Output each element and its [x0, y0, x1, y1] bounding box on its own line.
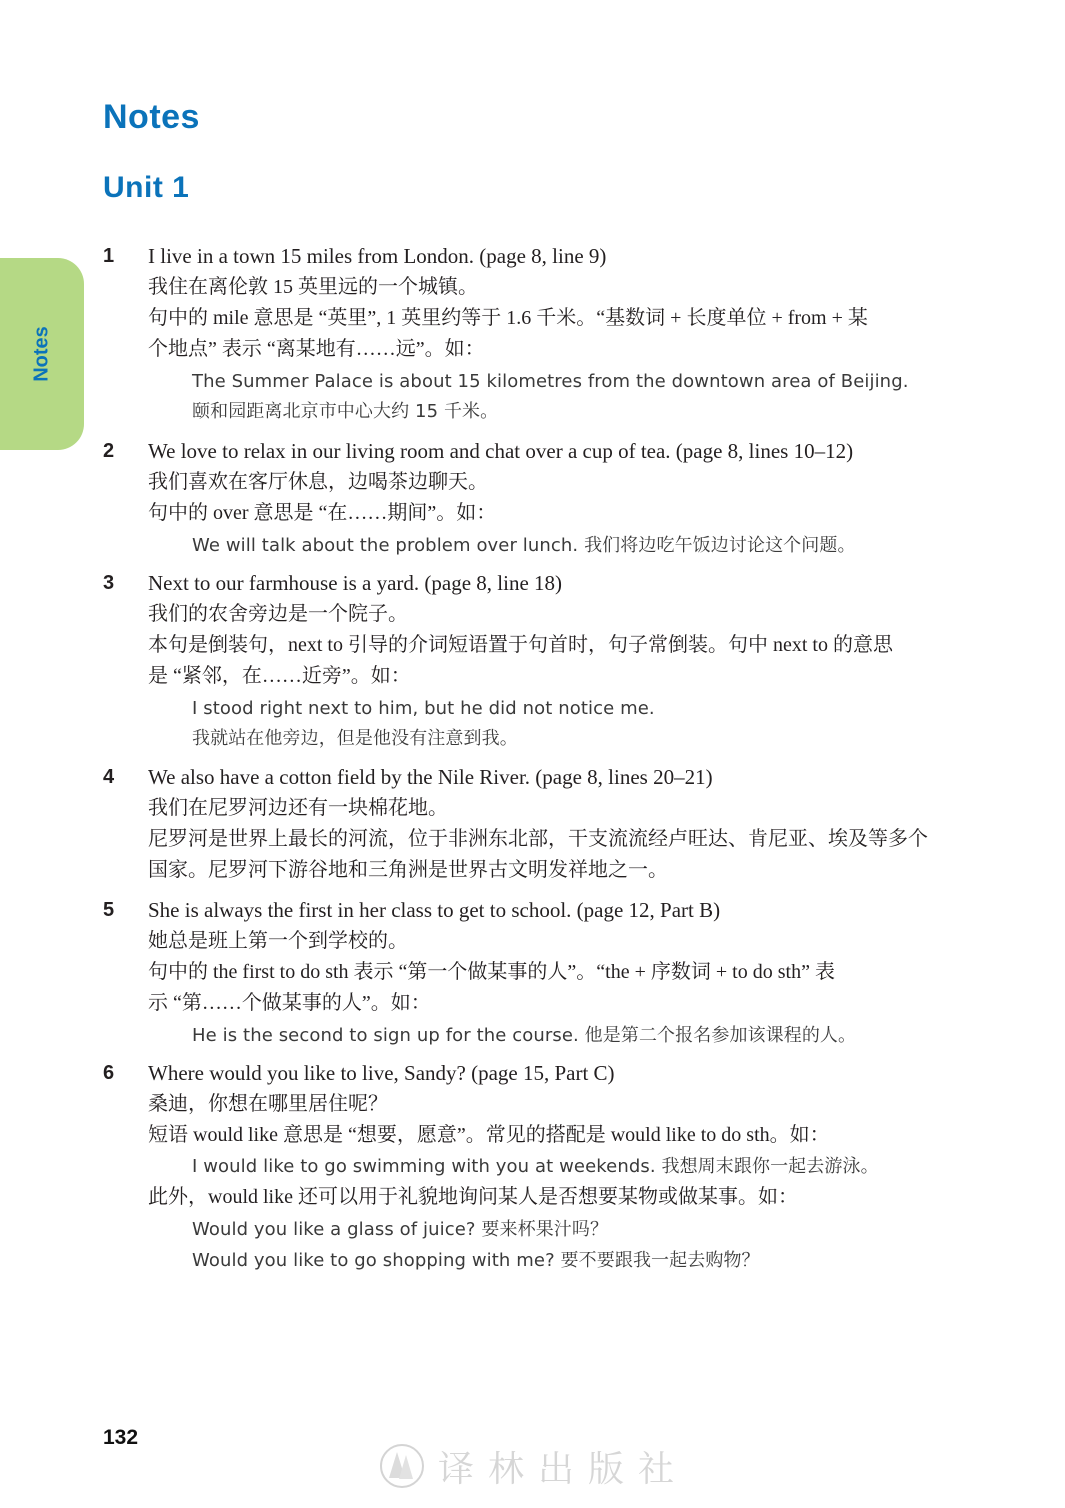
example-sentence: I stood right next to him, but he did no…: [192, 694, 655, 724]
note-number: 3: [103, 568, 114, 599]
note-explanation: 尼罗河是世界上最长的河流，位于非洲东北部，干支流流经卢旺达、肯尼亚、埃及等多个: [148, 824, 928, 855]
note-explanation: 是 “紧邻，在……近旁”。如：: [148, 661, 411, 692]
note-explanation: 此外，would like 还可以用于礼貌地询问某人是否想要某物或做某事。如：: [148, 1182, 798, 1213]
note-explanation: 个地点” 表示 “离某地有……远”。如：: [148, 334, 485, 365]
note-source-sentence: Next to our farmhouse is a yard. (page 8…: [148, 568, 562, 599]
example-sentence: He is the second to sign up for the cour…: [192, 1021, 856, 1051]
note-source-sentence: Where would you like to live, Sandy? (pa…: [148, 1058, 615, 1089]
example-translation: 我就站在他旁边，但是他没有注意到我。: [192, 724, 518, 754]
note-translation: 我们的农舍旁边是一个院子。: [148, 599, 408, 630]
note-translation: 我住在离伦敦 15 英里远的一个城镇。: [148, 272, 478, 303]
publisher-watermark: 译林出版社: [380, 1440, 688, 1492]
note-translation: 我们在尼罗河边还有一块棉花地。: [148, 793, 448, 824]
unit-title: Unit 1: [103, 171, 189, 205]
note-explanation: 国家。尼罗河下游谷地和三角洲是世界古文明发祥地之一。: [148, 855, 668, 886]
note-explanation: 句中的 over 意思是 “在……期间”。如：: [148, 498, 496, 529]
note-source-sentence: She is always the first in her class to …: [148, 895, 720, 926]
example-sentence: I would like to go swimming with you at …: [192, 1152, 879, 1182]
example-sentence: Would you like a glass of juice? 要来杯果汁吗？: [192, 1215, 608, 1245]
note-number: 2: [103, 436, 114, 467]
example-sentence: We will talk about the problem over lunc…: [192, 531, 856, 561]
note-number: 5: [103, 895, 114, 926]
note-explanation: 本句是倒装句，next to 引导的介词短语置于句首时，句子常倒装。句中 nex…: [148, 630, 893, 661]
tree-logo-icon: [380, 1444, 424, 1488]
page-title: Notes: [103, 98, 200, 137]
note-translation: 桑迪，你想在哪里居住呢？: [148, 1089, 388, 1120]
note-number: 6: [103, 1058, 114, 1089]
example-sentence: Would you like to go shopping with me? 要…: [192, 1246, 760, 1276]
note-number: 4: [103, 762, 114, 793]
note-explanation: 短语 would like 意思是 “想要，愿意”。常见的搭配是 would l…: [148, 1120, 830, 1151]
note-number: 1: [103, 241, 114, 272]
note-translation: 她总是班上第一个到学校的。: [148, 926, 408, 957]
note-translation: 我们喜欢在客厅休息，边喝茶边聊天。: [148, 467, 488, 498]
example-sentence: The Summer Palace is about 15 kilometres…: [192, 367, 909, 397]
note-source-sentence: I live in a town 15 miles from London. (…: [148, 241, 606, 272]
note-source-sentence: We love to relax in our living room and …: [148, 436, 853, 467]
section-side-tab: Notes: [0, 258, 84, 450]
page-number: 132: [103, 1426, 138, 1450]
note-explanation: 句中的 mile 意思是 “英里”, 1 英里约等于 1.6 千米。“基数词 +…: [148, 303, 868, 334]
note-explanation: 示 “第……个做某事的人”。如：: [148, 988, 431, 1019]
note-explanation: 句中的 the first to do sth 表示 “第一个做某事的人”。“t…: [148, 957, 835, 988]
example-translation: 颐和园距离北京市中心大约 15 千米。: [192, 397, 498, 427]
note-source-sentence: We also have a cotton field by the Nile …: [148, 762, 713, 793]
side-tab-label: Notes: [31, 326, 54, 382]
publisher-name: 译林出版社: [438, 1441, 688, 1492]
